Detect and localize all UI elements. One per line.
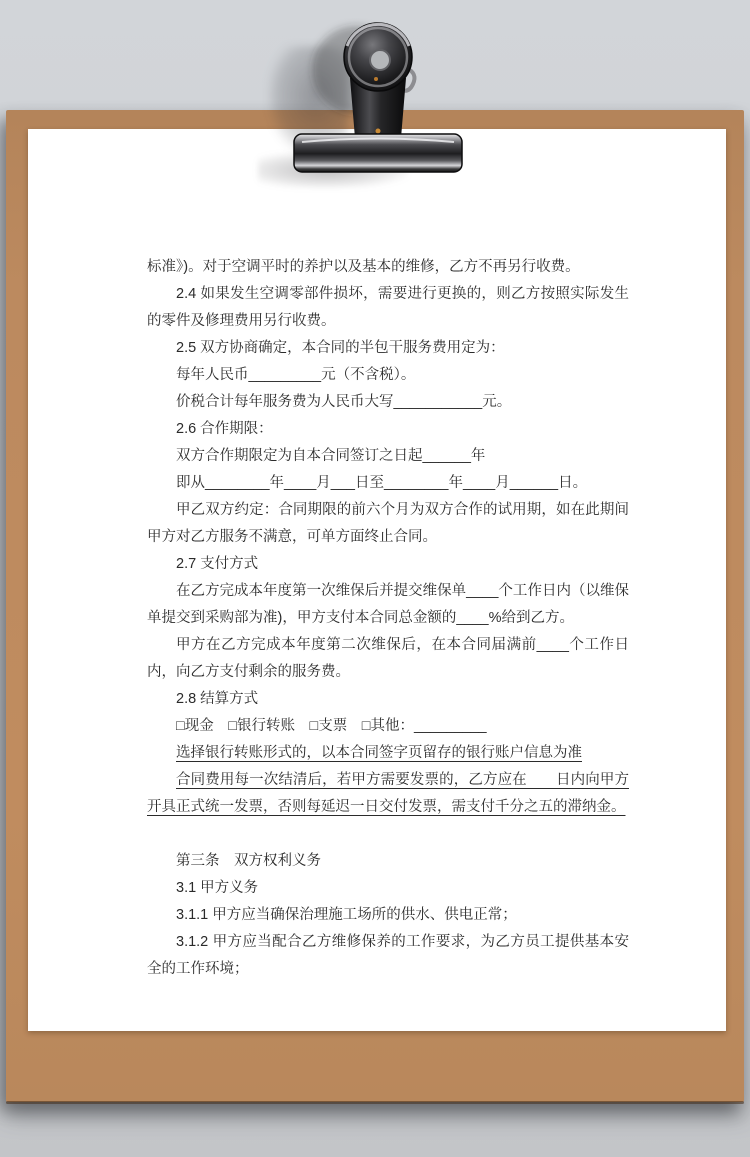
contract-paragraph: 3.1.2 甲方应当配合乙方维修保养的工作要求，为乙方员工提供基本安全的工作环境…	[147, 929, 629, 983]
contract-paragraph: 3.1.1 甲方应当确保治理施工场所的供水、供电正常；	[147, 902, 629, 929]
contract-paragraph: □现金 □银行转账 □支票 □其他：_________	[147, 713, 629, 740]
clipboard-board: 标准》)。对于空调平时的养护以及基本的维修，乙方不再另行收费。 2.4 如果发生…	[6, 110, 744, 1102]
contract-paragraph: 2.8 结算方式	[147, 686, 629, 713]
contract-paragraph: 双方合作期限定为自本合同签订之日起______年	[147, 443, 629, 470]
contract-page: 标准》)。对于空调平时的养护以及基本的维修，乙方不再另行收费。 2.4 如果发生…	[28, 129, 726, 1031]
contract-paragraph: 2.5 双方协商确定，本合同的半包干服务费用定为：	[147, 335, 629, 362]
contract-paragraph: 每年人民币_________元（不含税）。	[147, 362, 629, 389]
contract-paragraph: 合同费用每一次结清后，若甲方需要发票的，乙方应在 日内向甲方开具正式统一发票，否…	[147, 767, 629, 821]
contract-paragraph: 2.6 合作期限：	[147, 416, 629, 443]
photo-scene: { "scene": { "description": "Clipboard p…	[0, 0, 750, 1157]
contract-paragraph: 选择银行转账形式的，以本合同签字页留存的银行账户信息为准	[147, 740, 629, 767]
contract-paragraph: 甲方在乙方完成本年度第二次维保后，在本合同届满前____个工作日内，向乙方支付剩…	[147, 632, 629, 686]
contract-paragraph: 在乙方完成本年度第一次维保后并提交维保单____个工作日内（以维保单提交到采购部…	[147, 578, 629, 632]
contract-paragraph: 2.7 支付方式	[147, 551, 629, 578]
contract-paragraph: 标准》)。对于空调平时的养护以及基本的维修，乙方不再另行收费。	[147, 254, 629, 281]
contract-paragraph: 价税合计每年服务费为人民币大写___________元。	[147, 389, 629, 416]
document-body: 标准》)。对于空调平时的养护以及基本的维修，乙方不再另行收费。 2.4 如果发生…	[147, 254, 629, 983]
background-wall: 标准》)。对于空调平时的养护以及基本的维修，乙方不再另行收费。 2.4 如果发生…	[0, 0, 750, 1157]
contract-paragraph: 即从________年____月___日至________年____月_____…	[147, 470, 629, 497]
contract-paragraph: 3.1 甲方义务	[147, 875, 629, 902]
metal-binder-clip-icon	[290, 18, 466, 176]
contract-paragraph: 甲乙双方约定：合同期限的前六个月为双方合作的试用期，如在此期间甲方对乙方服务不满…	[147, 497, 629, 551]
contract-paragraph: 2.4 如果发生空调零部件损坏，需要进行更换的，则乙方按照实际发生的零件及修理费…	[147, 281, 629, 335]
contract-paragraph: 第三条 双方权利义务	[147, 848, 629, 875]
